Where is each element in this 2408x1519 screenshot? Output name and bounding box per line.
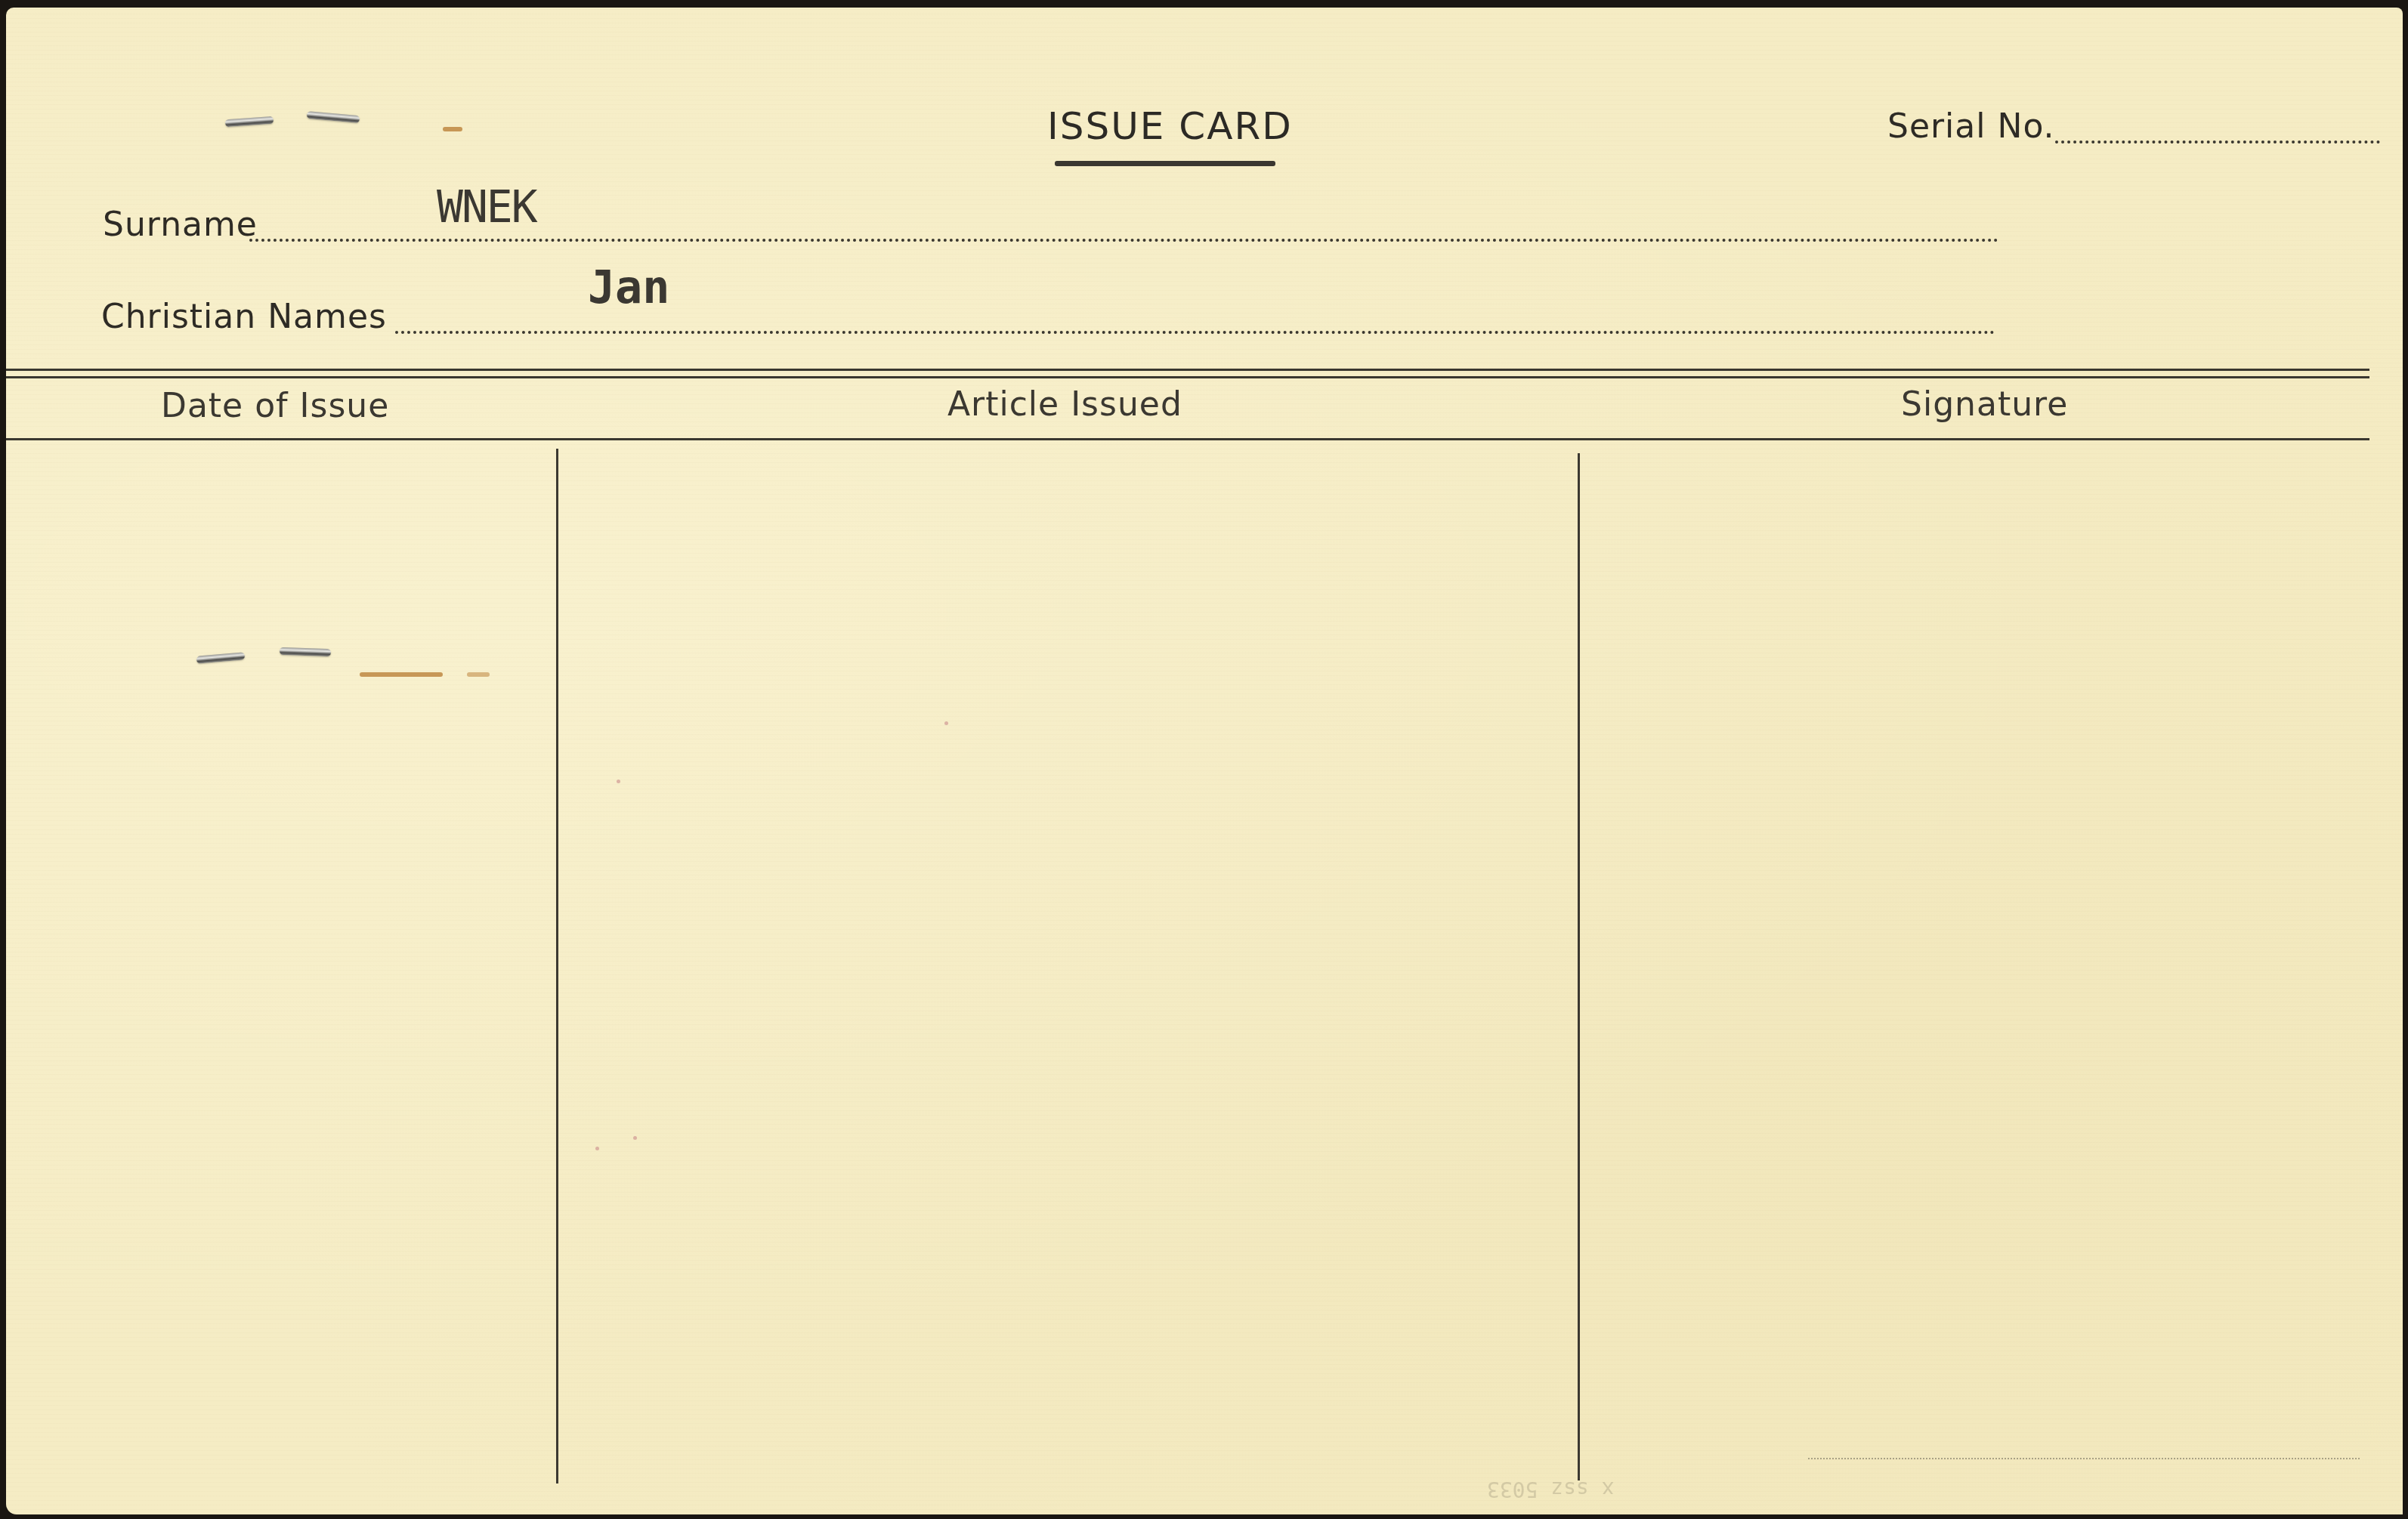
faint-stamp-mark: x ssz 5033: [1487, 1477, 1615, 1502]
christian-names-value: Jan: [588, 261, 669, 314]
rust-mark: [467, 672, 490, 677]
header-double-rule-bottom: [6, 376, 2369, 378]
article-issued-cell[interactable]: [559, 441, 1576, 1483]
card-title: ISSUE CARD: [1047, 104, 1293, 148]
signature-cell[interactable]: [1581, 441, 2369, 1483]
column-divider-1: [556, 449, 558, 1483]
header-double-rule-top: [6, 369, 2369, 371]
christian-names-field[interactable]: [395, 331, 1995, 334]
title-underline: [1055, 161, 1275, 166]
staple-mark: [225, 116, 274, 127]
serial-field[interactable]: [2055, 140, 2380, 144]
issue-card: ISSUE CARD Serial No. WNEK Surname Jan C…: [6, 8, 2403, 1514]
faint-dotted-mark: [1808, 1458, 2360, 1459]
column-header-signature: Signature: [1901, 385, 2068, 424]
paper-speck: [633, 1136, 637, 1140]
rust-mark: [443, 127, 462, 131]
column-header-article-issued: Article Issued: [947, 385, 1182, 424]
rust-mark: [360, 672, 443, 677]
serial-label: Serial No.: [1887, 107, 2055, 146]
surname-label: Surname: [103, 205, 258, 244]
column-header-date-of-issue: Date of Issue: [161, 387, 389, 425]
surname-value: WNEK: [437, 181, 536, 233]
header-bottom-rule: [6, 438, 2369, 440]
paper-speck: [617, 780, 620, 783]
christian-names-label: Christian Names: [101, 298, 387, 336]
paper-speck: [595, 1147, 599, 1150]
paper-speck: [944, 721, 948, 725]
surname-field[interactable]: [249, 239, 1999, 242]
date-of-issue-cell[interactable]: [6, 441, 555, 1483]
column-divider-2: [1578, 453, 1580, 1480]
staple-mark: [307, 111, 360, 123]
